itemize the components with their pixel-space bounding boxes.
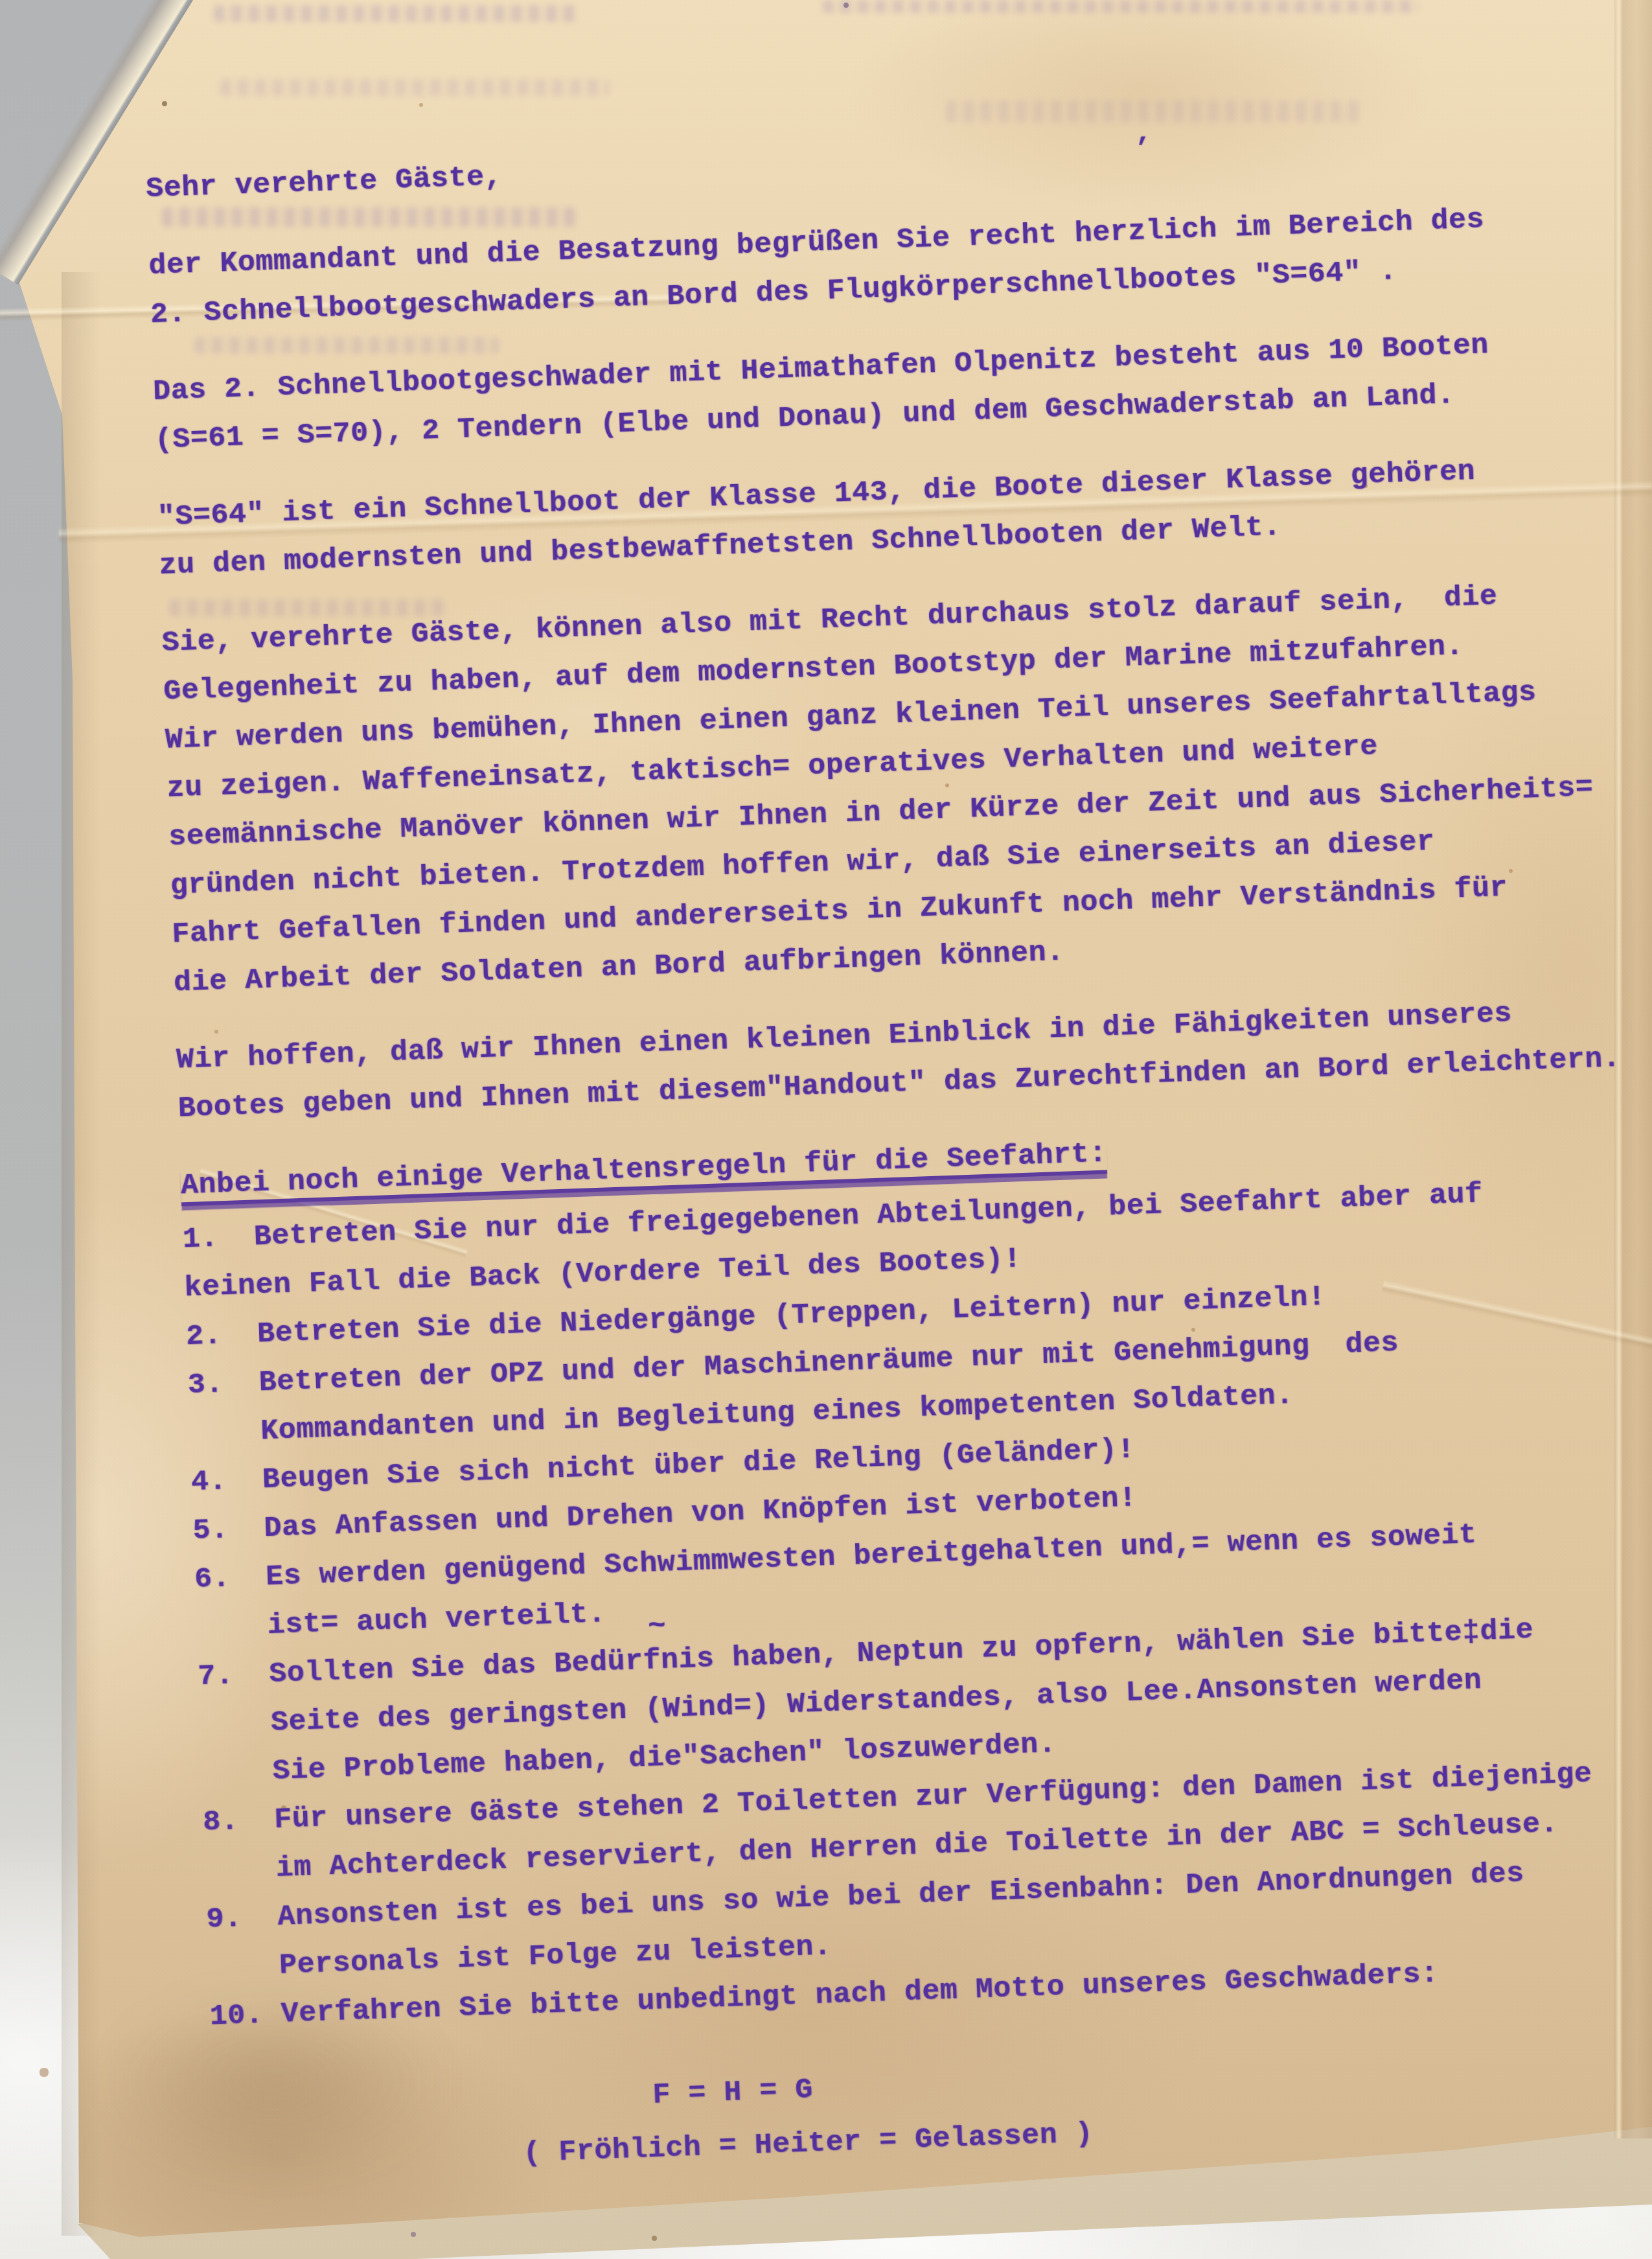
paragraph-welcome: der Kommandant und die Besatzung begrüße…: [148, 189, 1652, 339]
rules-list: 1. Betreten Sie nur die freigegebenen Ab…: [182, 1163, 1652, 2041]
stray-ink-mark: ~: [647, 1610, 667, 1644]
stray-ink-mark: ’: [1134, 133, 1151, 165]
paragraph-pride: Sie, verehrte Gäste, können also mit Rec…: [161, 566, 1652, 1007]
typed-text-layer: Sehr verehrte Gäste, der Kommandant und …: [0, 0, 1652, 2258]
paragraph-squadron: Das 2. Schnellbootgeschwader mit Heimath…: [152, 315, 1652, 465]
paragraph-boat-class: "S=64" ist ein Schnellboot der Klasse 14…: [157, 441, 1652, 590]
paragraph-handout: Wir hoffen, daß wir Ihnen einen kleinen …: [176, 983, 1652, 1133]
scanned-document-page: Sehr verehrte Gäste, der Kommandant und …: [0, 0, 1652, 2259]
